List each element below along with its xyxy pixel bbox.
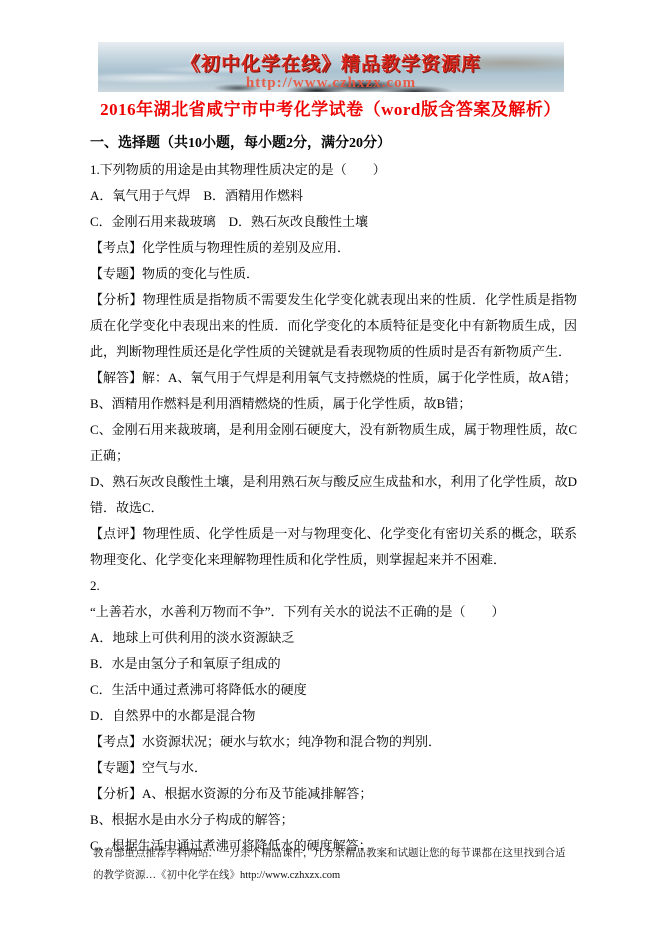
site-name: 《初中化学在线》精品教学资源库 bbox=[98, 49, 564, 76]
paragraph: 【点评】物理性质、化学性质是一对与物理变化、化学变化有密切关系的概念，联系物理变… bbox=[90, 521, 577, 573]
paragraph: A．地球上可供利用的淡水资源缺乏 bbox=[90, 625, 577, 651]
site-url: http://www.czhxzx.com bbox=[98, 75, 564, 92]
document-page: 《初中化学在线》精品教学资源库 http://www.czhxzx.com 20… bbox=[0, 0, 661, 935]
paragraph: B．水是由氢分子和氧原子组成的 bbox=[90, 651, 577, 677]
paragraph: 【专题】物质的变化与性质． bbox=[90, 261, 577, 287]
paragraph: C．生活中通过煮沸可将降低水的硬度 bbox=[90, 677, 577, 703]
paragraph: 【考点】化学性质与物理性质的差别及应用． bbox=[90, 235, 577, 261]
paragraph: 1.下列物质的用途是由其物理性质决定的是（ ） bbox=[90, 157, 577, 183]
paragraph: B、根据水是由水分子构成的解答； bbox=[90, 807, 577, 833]
paragraph: 【解答】解：A、氧气用于气焊是利用氧气支持燃烧的性质，属于化学性质，故A错； bbox=[90, 365, 577, 391]
paragraph: D、熟石灰改良酸性土壤，是利用熟石灰与酸反应生成盐和水，利用了化学性质，故D错．… bbox=[90, 469, 577, 521]
paragraph: 【专题】空气与水． bbox=[90, 755, 577, 781]
site-banner-image: 《初中化学在线》精品教学资源库 http://www.czhxzx.com bbox=[98, 42, 564, 92]
document-title: 2016年湖北省咸宁市中考化学试卷（word版含答案及解析） bbox=[0, 95, 661, 120]
paragraph: 【考点】水资源状况；硬水与软水；纯净物和混合物的判别． bbox=[90, 729, 577, 755]
footer-note: 教育部重点推荐学科网站．一万余个精品课件，几万余精品教案和试题让您的每节课都在这… bbox=[93, 843, 569, 887]
paragraph: 一、选择题（共10小题，每小题2分，满分20分） bbox=[90, 131, 577, 157]
paragraph: C．金刚石用来裁玻璃 D．熟石灰改良酸性土壤 bbox=[90, 209, 577, 235]
paragraph: 【分析】物理性质是指物质不需要发生化学变化就表现出来的性质．化学性质是指物质在化… bbox=[90, 287, 577, 365]
paragraph: A．氧气用于气焊 B．酒精用作燃料 bbox=[90, 183, 577, 209]
paragraph: 2. bbox=[90, 573, 577, 599]
paragraph: 【分析】A、根据水资源的分布及节能减排解答； bbox=[90, 781, 577, 807]
paragraph: C、金刚石用来裁玻璃，是利用金刚石硬度大，没有新物质生成，属于物理性质，故C正确… bbox=[90, 417, 577, 469]
document-body: 一、选择题（共10小题，每小题2分，满分20分）1.下列物质的用途是由其物理性质… bbox=[90, 131, 577, 859]
paragraph: D．自然界中的水都是混合物 bbox=[90, 703, 577, 729]
paragraph: B、酒精用作燃料是利用酒精燃烧的性质，属于化学性质，故B错； bbox=[90, 391, 577, 417]
paragraph: “上善若水，水善利万物而不争”．下列有关水的说法不正确的是（ ） bbox=[90, 599, 577, 625]
